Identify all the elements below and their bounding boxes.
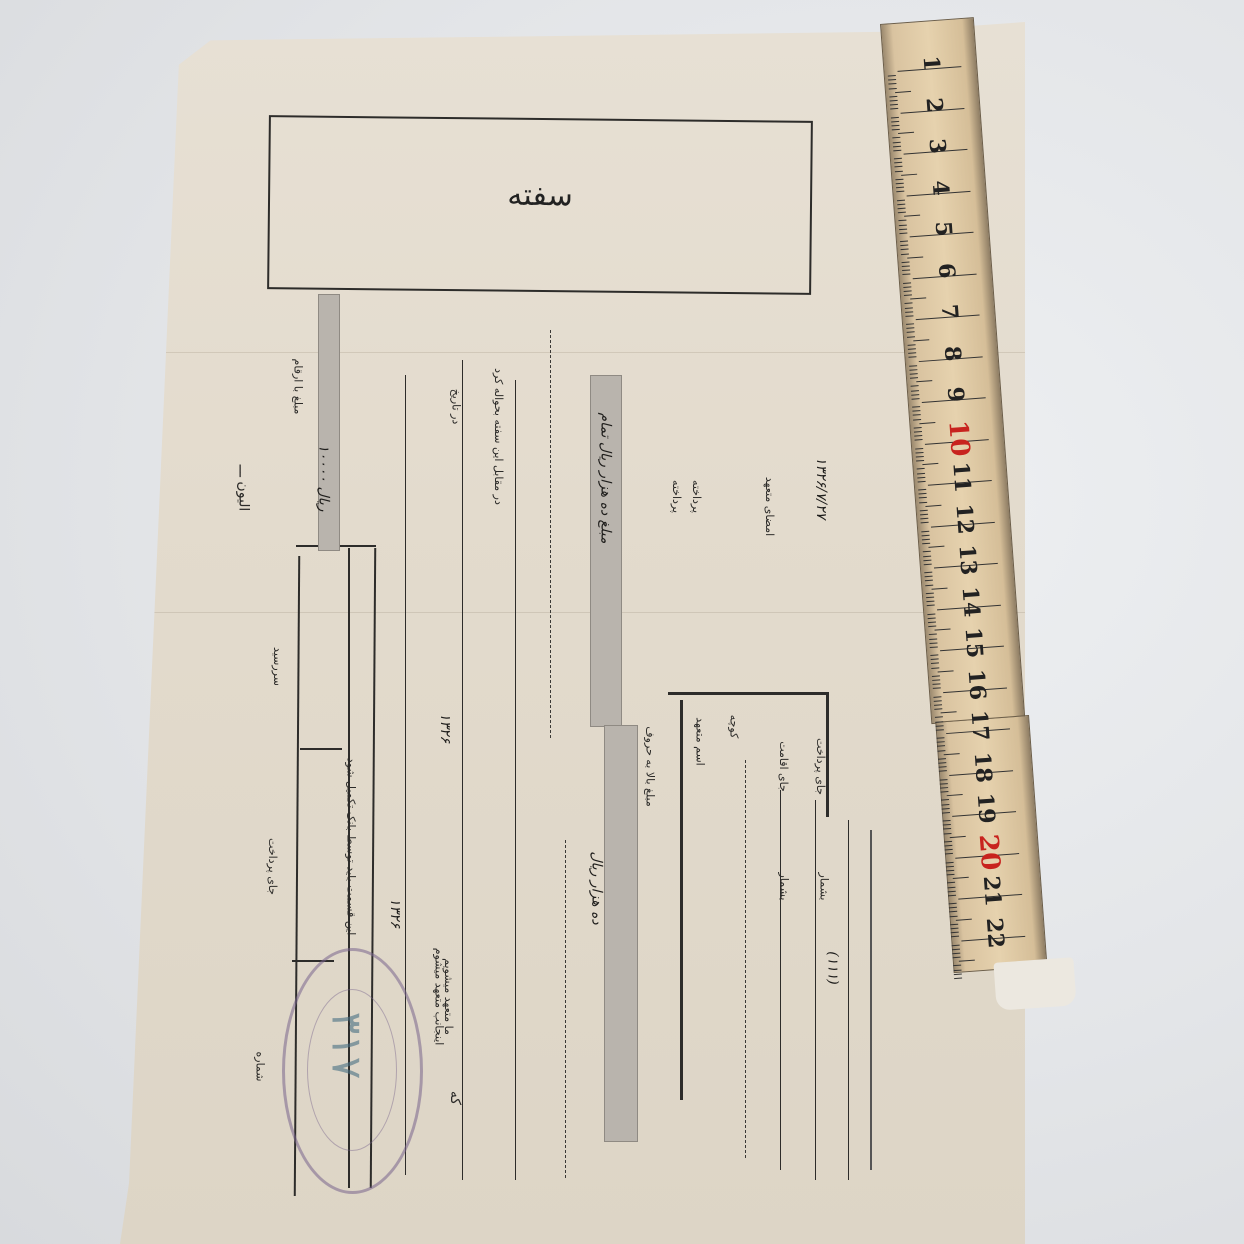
- alley-label: کوچه: [727, 715, 740, 739]
- payment-place-label: جای پرداخت: [266, 838, 279, 895]
- ruler-number: 5: [929, 208, 958, 250]
- obligor-name-label: اسم متعهد: [694, 717, 707, 765]
- amount-digits-label: مبلغ با ارقام: [291, 359, 304, 415]
- payment-place-label-2: جای پرداخت: [814, 738, 827, 795]
- ruler-number: 12: [950, 498, 979, 540]
- paid-label-2: پرداخته: [690, 480, 703, 513]
- form-line: [848, 820, 849, 1180]
- signature-label: امضای متعهد: [763, 477, 776, 536]
- ruler-end-cap: [993, 957, 1076, 1010]
- amount-words-strip: [604, 725, 638, 1142]
- ruler-number: 3: [923, 125, 952, 167]
- amount-words-handwritten: مبلغ ده هزار ریال تمام: [597, 413, 613, 544]
- amount-words-label: مبلغ بالا به حروف: [644, 726, 657, 806]
- form-line: [515, 380, 516, 1180]
- residence-label: جای اقامت: [777, 741, 790, 792]
- ke-label: که: [447, 1091, 463, 1105]
- form-line: [462, 360, 463, 1180]
- ruler-number: 18: [968, 746, 997, 788]
- form-border: [870, 830, 872, 1170]
- ruler-number: 22: [980, 912, 1009, 954]
- signature-date: ۱۳۲۶/۷/۲۷: [813, 457, 829, 519]
- document-title: سفته: [270, 175, 810, 216]
- date-year-2: ۱۳۲۶: [437, 713, 453, 743]
- ruler-number: 4: [926, 167, 955, 209]
- number-label-1: بشمار: [777, 873, 790, 901]
- ruler-number: 20: [972, 831, 1005, 873]
- ruler-number: 21: [977, 870, 1006, 912]
- title-box: سفته: [267, 115, 813, 295]
- ruler-number: 14: [956, 581, 985, 623]
- ruler-number: 13: [953, 539, 982, 581]
- ruler-number: 7: [935, 291, 964, 333]
- divider: [300, 748, 342, 750]
- ruler-number: 16: [962, 663, 991, 705]
- amount-words-value: ده هزار ریال: [589, 851, 605, 924]
- divider: [668, 692, 828, 695]
- ruler-number: 1: [917, 42, 946, 84]
- ruler-number: 15: [959, 622, 988, 664]
- number-label-2: بشمار: [817, 873, 830, 901]
- number-value: (۱۱۱): [825, 951, 841, 984]
- serial-label: شماره: [254, 1051, 267, 1081]
- official-stamp: ٣١٧: [282, 948, 423, 1194]
- ruler-number: 6: [932, 249, 961, 291]
- bank-note: این قسمت باید توسط بانک تکمیل شود: [344, 758, 357, 936]
- ruler-number: 17: [965, 705, 994, 747]
- dotted-line: [565, 840, 566, 1180]
- form-line: [815, 800, 816, 1180]
- ruler-number: 11: [947, 456, 976, 498]
- ruler-number: 8: [938, 332, 967, 374]
- ruler-number: 10: [942, 417, 975, 459]
- ruler-number: 2: [920, 84, 949, 126]
- ruler-number: 9: [941, 374, 970, 416]
- form-border: [680, 700, 683, 1100]
- ruler-number: 19: [971, 787, 1000, 829]
- form-line: [780, 790, 781, 1170]
- paid-label-1: پرداخته: [670, 480, 683, 513]
- paper-fold: [120, 352, 1025, 353]
- undertake-plural: ما متعهد میشویم: [442, 958, 455, 1035]
- stamp-mark: ٣١٧: [322, 1012, 371, 1080]
- amount-digits-value: ۱۰۰۰۰ ریال: [316, 444, 332, 511]
- dotted-line: [745, 760, 746, 1160]
- date-label: در تاریخ: [449, 389, 462, 425]
- amount-digits-strip: [318, 294, 340, 551]
- paper-fold: [120, 612, 1025, 613]
- header-label: الیون ـــ: [235, 465, 251, 512]
- date-year-1: ۱۳۲۶: [387, 898, 403, 928]
- dotted-line: [550, 330, 551, 740]
- due-label: سررسید: [271, 647, 284, 686]
- order-label: در مقابل این سفته بحواله کرد: [492, 368, 505, 505]
